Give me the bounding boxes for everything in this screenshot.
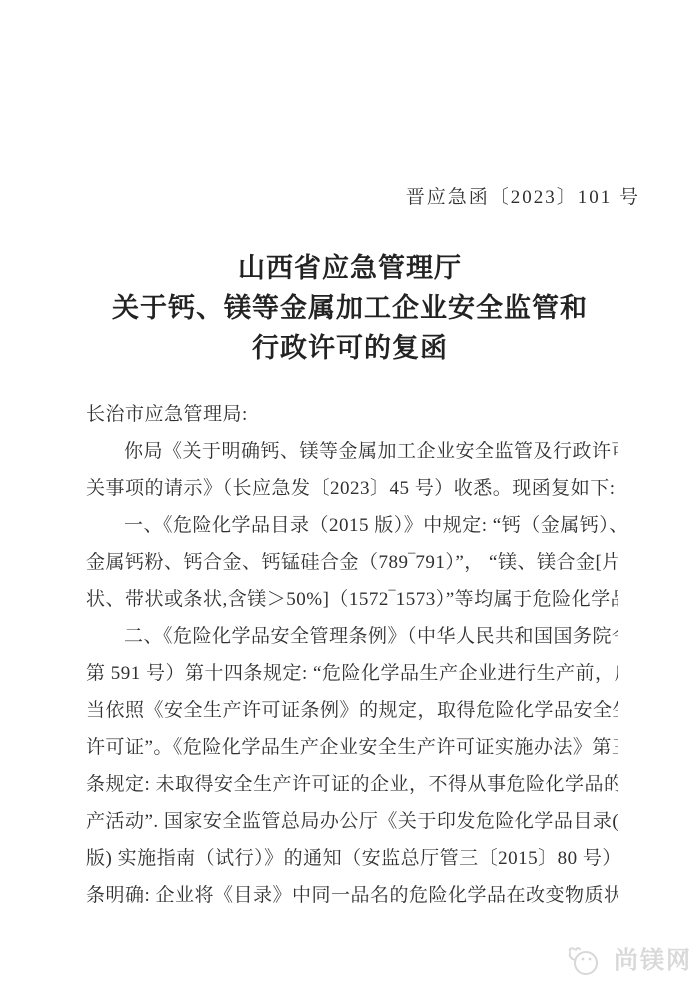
body-line: 版) 实施指南（试行）》的通知（安监总厅管三〔2015〕80 号）第三: [86, 840, 618, 877]
document-title: 山西省应急管理厅 关于钙、镁等金属加工企业安全监管和 行政许可的复函: [0, 248, 700, 368]
body-line: 一、《危险化学品目录（2015 版）》中规定: “钙（金属钙）、: [86, 507, 618, 544]
body-line: 二、《危险化学品安全管理条例》（中华人民共和国国务院令: [86, 618, 618, 655]
body-line: 条明确: 企业将《目录》中同一品名的危险化学品在改变物质状态: [86, 877, 618, 914]
body-line: 状、带状或条状,含镁＞50%]（1572‾1573）”等均属于危险化学品。: [86, 581, 618, 618]
body-line: 你局《关于明确钙、镁等金属加工企业安全监管及行政许可有: [86, 433, 618, 470]
watermark-site-name: 尚镁网: [614, 945, 692, 977]
document-body: 长治市应急管理局: 你局《关于明确钙、镁等金属加工企业安全监管及行政许可有 关事…: [86, 396, 618, 914]
body-line: 当依照《安全生产许可证条例》的规定，取得危险化学品安全生产: [86, 692, 618, 729]
whale-face-icon: [566, 945, 608, 977]
body-line: 第 591 号）第十四条规定: “危险化学品生产企业进行生产前，应: [86, 655, 618, 692]
document-number: 晋应急函〔2023〕101 号: [406, 182, 640, 209]
salutation-line: 长治市应急管理局:: [86, 396, 618, 433]
title-line-3: 行政许可的复函: [0, 328, 700, 368]
body-line: 许可证”。《危险化学品生产企业安全生产许可证实施办法》第三: [86, 729, 618, 766]
body-line: 金属钙粉、钙合金、钙锰硅合金（789‾791）”， “镁、镁合金[片: [86, 544, 618, 581]
watermark: 尚镁网: [566, 945, 692, 977]
body-line: 产活动”. 国家安全监管总局办公厅《关于印发危险化学品目录(2015: [86, 803, 618, 840]
body-line: 关事项的请示》（长应急发〔2023〕45 号）收悉。现函复如下:: [86, 470, 618, 507]
title-line-1: 山西省应急管理厅: [0, 248, 700, 288]
body-line: 条规定: 未取得安全生产许可证的企业，不得从事危险化学品的生: [86, 766, 618, 803]
title-line-2: 关于钙、镁等金属加工企业安全监管和: [0, 288, 700, 328]
document-page: 晋应急函〔2023〕101 号 山西省应急管理厅 关于钙、镁等金属加工企业安全监…: [0, 0, 700, 989]
